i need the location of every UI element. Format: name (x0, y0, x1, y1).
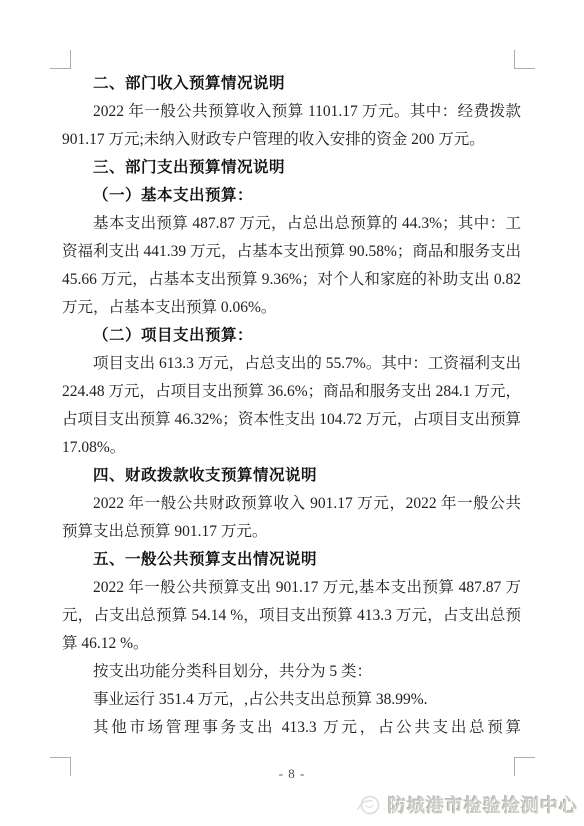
heading-section-5-general-public-budget: 五、一般公共预算支出情况说明 (62, 546, 521, 574)
para-project-expenditure-detail: 项目支出 613.3 万元，占总支出的 55.7%。其中：工资福利支出 224.… (62, 350, 521, 462)
heading-section-4-fiscal-appropriation: 四、财政拨款收支预算情况说明 (62, 462, 521, 490)
watermark-text: 防城港市检验检测中心 (388, 792, 578, 818)
subheading-basic-expenditure: （一）基本支出预算： (62, 182, 521, 210)
document-body: 二、部门收入预算情况说明 2022 年一般公共预算收入预算 1101.17 万元… (62, 70, 521, 742)
subheading-project-expenditure: （二）项目支出预算： (62, 322, 521, 350)
para-other-market-management: 其他市场管理事务支出 413.3 万元，占公共支出总预算 (62, 714, 521, 742)
watermark: 防城港市检验检测中心 (355, 792, 578, 818)
margin-corner-mark-top-left (50, 50, 71, 69)
heading-section-3-expenditure-budget: 三、部门支出预算情况说明 (62, 154, 521, 182)
margin-corner-mark-top-right (514, 50, 535, 69)
para-operation-expenditure: 事业运行 351.4 万元，,占公共支出总预算 38.99%. (62, 686, 521, 714)
heading-section-2-income-budget: 二、部门收入预算情况说明 (62, 70, 521, 98)
para-general-public-expenditure-detail: 2022 年一般公共预算支出 901.17 万元,基本支出预算 487.87 万… (62, 574, 521, 658)
document-page: 二、部门收入预算情况说明 2022 年一般公共预算收入预算 1101.17 万元… (0, 0, 584, 826)
para-function-classification: 按支出功能分类科目划分，共分为 5 类： (62, 658, 521, 686)
org-logo-icon (355, 793, 381, 817)
para-fiscal-appropriation-detail: 2022 年一般公共财政预算收入 901.17 万元，2022 年一般公共预算支… (62, 490, 521, 546)
page-number: - 8 - (0, 766, 584, 782)
para-basic-expenditure-detail: 基本支出预算 487.87 万元，占总出总预算的 44.3%；其中：工资福利支出… (62, 210, 521, 322)
para-income-budget-detail: 2022 年一般公共预算收入预算 1101.17 万元。其中：经费拨款 901.… (62, 98, 521, 154)
